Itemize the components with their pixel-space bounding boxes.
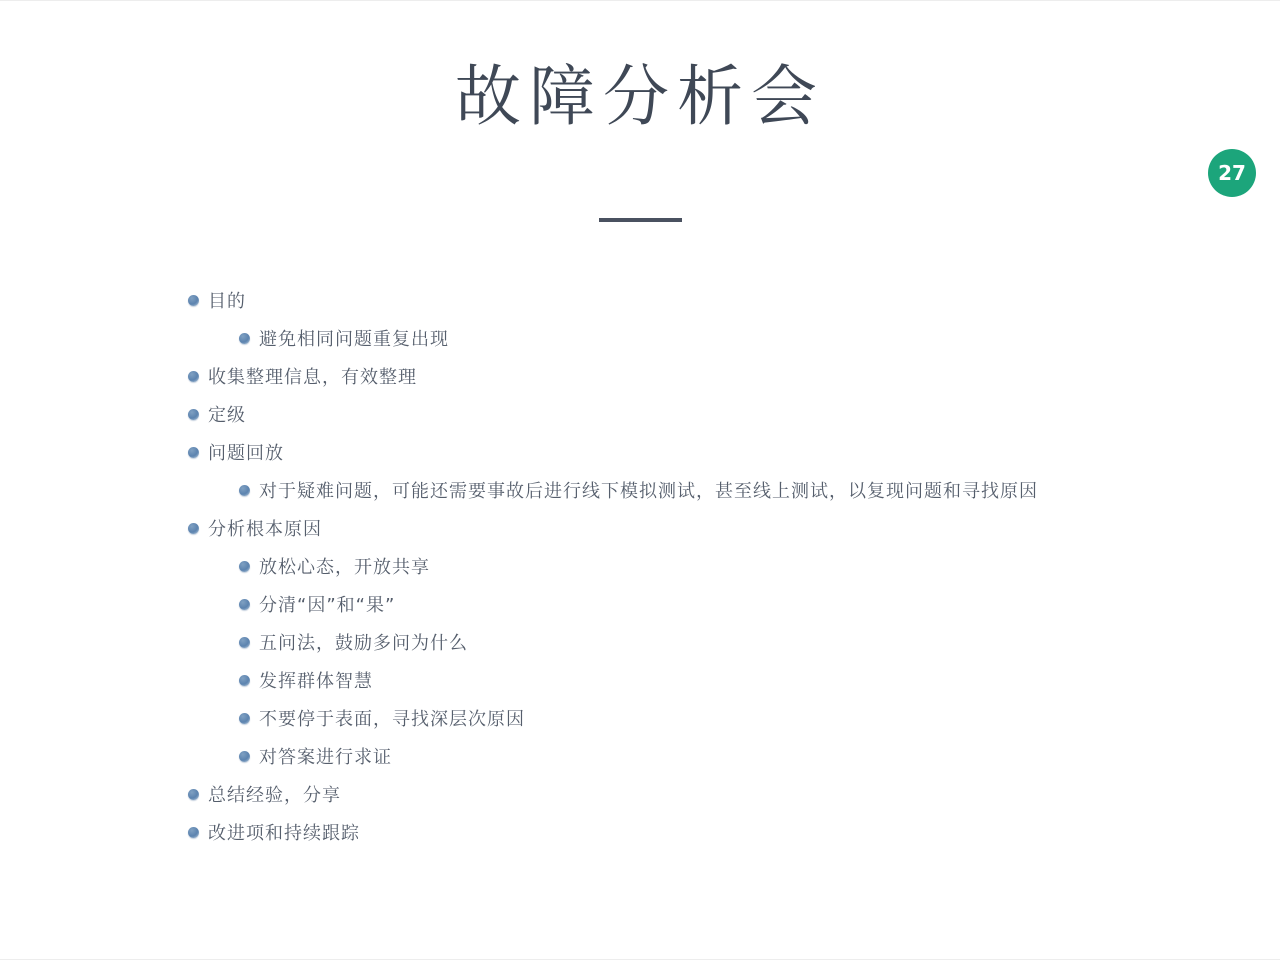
list-item-text: 总结经验，分享: [208, 781, 341, 807]
list-item: 五问法，鼓励多问为什么: [186, 623, 1250, 661]
bullet-icon: [239, 713, 250, 724]
list-item: 改进项和持续跟踪: [186, 813, 1250, 851]
bullet-icon: [239, 675, 250, 686]
list-item-text: 问题回放: [208, 439, 284, 465]
list-item-text: 放松心态，开放共享: [259, 553, 430, 579]
bullet-icon: [239, 599, 250, 610]
list-item-text: 对于疑难问题，可能还需要事故后进行线下模拟测试，甚至线上测试，以复现问题和寻找原…: [259, 477, 1038, 503]
list-item-text: 目的: [208, 287, 246, 313]
title-divider: [599, 218, 682, 222]
list-item-text: 分析根本原因: [208, 515, 322, 541]
list-item-text: 定级: [208, 401, 246, 427]
list-item: 总结经验，分享: [186, 775, 1250, 813]
list-item: 分析根本原因: [186, 509, 1250, 547]
bullet-list: 目的 避免相同问题重复出现 收集整理信息，有效整理 定级 问题回放 对于疑难问题…: [186, 281, 1250, 851]
bullet-icon: [239, 751, 250, 762]
list-item: 避免相同问题重复出现: [186, 319, 1250, 357]
bullet-icon: [239, 485, 250, 496]
list-item-text: 改进项和持续跟踪: [208, 819, 360, 845]
list-item: 不要停于表面，寻找深层次原因: [186, 699, 1250, 737]
bullet-icon: [188, 371, 199, 382]
list-item-text: 对答案进行求证: [259, 743, 392, 769]
list-item-text: 五问法，鼓励多问为什么: [259, 629, 468, 655]
bullet-icon: [239, 561, 250, 572]
list-item: 目的: [186, 281, 1250, 319]
slide: 故障分析会 27 目的 避免相同问题重复出现 收集整理信息，有效整理 定级 问题…: [0, 0, 1280, 960]
bullet-icon: [188, 827, 199, 838]
page-title: 故障分析会: [0, 43, 1280, 138]
list-item: 分清“因”和“果”: [186, 585, 1250, 623]
list-item-text: 收集整理信息，有效整理: [208, 363, 417, 389]
bullet-icon: [188, 523, 199, 534]
list-item-text: 不要停于表面，寻找深层次原因: [259, 705, 525, 731]
list-item-text: 避免相同问题重复出现: [259, 325, 449, 351]
list-item: 对于疑难问题，可能还需要事故后进行线下模拟测试，甚至线上测试，以复现问题和寻找原…: [186, 471, 1250, 509]
list-item-text: 发挥群体智慧: [259, 667, 373, 693]
list-item: 收集整理信息，有效整理: [186, 357, 1250, 395]
list-item: 对答案进行求证: [186, 737, 1250, 775]
bullet-icon: [188, 295, 199, 306]
list-item: 发挥群体智慧: [186, 661, 1250, 699]
page-number: 27: [1218, 161, 1246, 185]
list-item: 问题回放: [186, 433, 1250, 471]
bullet-icon: [239, 333, 250, 344]
bullet-icon: [188, 447, 199, 458]
bullet-icon: [239, 637, 250, 648]
list-item: 定级: [186, 395, 1250, 433]
list-item: 放松心态，开放共享: [186, 547, 1250, 585]
list-item-text: 分清“因”和“果”: [259, 591, 395, 617]
page-number-badge: 27: [1208, 149, 1256, 197]
bullet-icon: [188, 409, 199, 420]
bullet-icon: [188, 789, 199, 800]
